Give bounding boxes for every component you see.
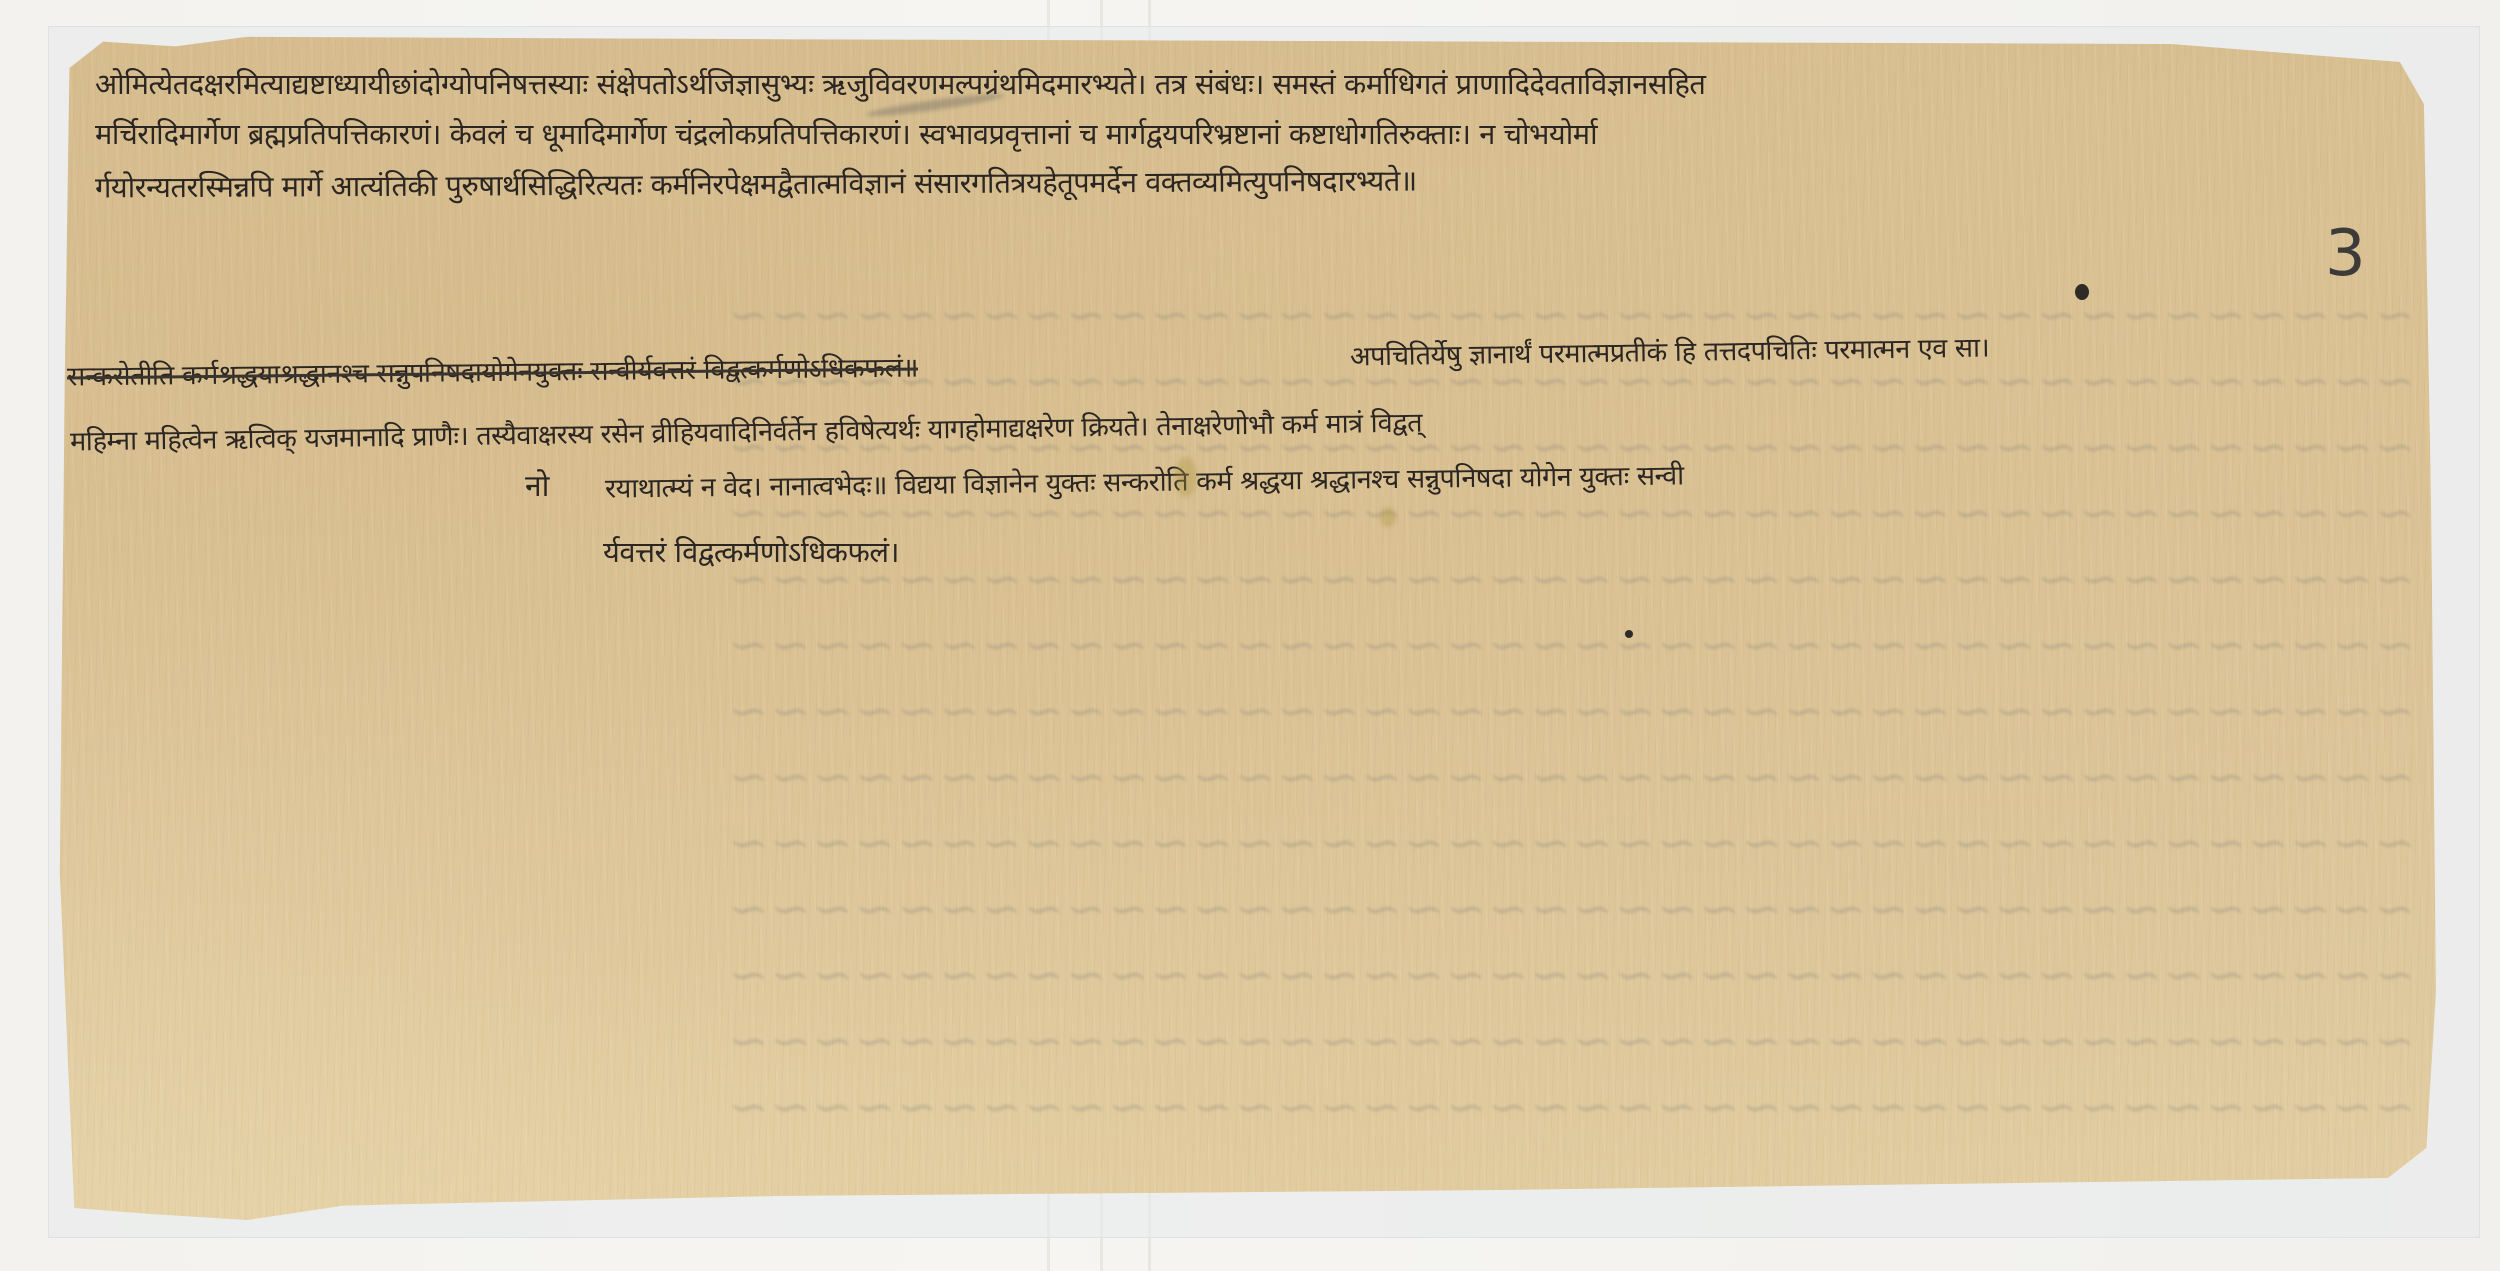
show-through-line: ~~~~~~~~~~~~~~~~~~~~~~~~~~~~~~~~~~~~~~~~ [315,678,2415,744]
manuscript-line-2: मर्चिरादिमार्गेण ब्रह्मप्रतिपत्तिकारणं। … [95,114,1597,153]
show-through-line: ~~~~~~~~~~~~~~~~~~~~~~~~~~~~~~~~~~~~~~~~ [315,942,2415,1008]
show-through-line: ~~~~~~~~~~~~~~~~~~~~~~~~~~~~~~~~~~~~~~~~ [315,1074,2415,1140]
show-through-line: ~~~~~~~~~~~~~~~~~~~~~~~~~~~~~~~~~~~~~~~~ [315,612,2415,678]
folio-number: 3 [2325,217,2366,291]
paper-stain [1175,457,1197,497]
paper-stain [1380,507,1396,527]
ink-dot [1625,630,1633,638]
show-through-line: ~~~~~~~~~~~~~~~~~~~~~~~~~~~~~~~~~~~~~~~~ [315,876,2415,942]
interlinear-insertion-mark: नो [525,464,549,505]
manuscript-line-3: र्गयोरन्यतरस्मिन्नपि मार्गे आत्यंतिकी पु… [95,161,1417,207]
ink-dot [2075,284,2089,300]
show-through-line: ~~~~~~~~~~~~~~~~~~~~~~~~~~~~~~~~~~~~~~~~ [315,810,2415,876]
show-through-line: ~~~~~~~~~~~~~~~~~~~~~~~~~~~~~~~~~~~~~~~~ [315,1008,2415,1074]
manuscript-folio: ~~~~~~~~~~~~~~~~~~~~~~~~~~~~~~~~~~~~~~~~… [55,32,2460,1232]
manuscript-line-6: र्यवत्तरं विद्वत्कर्मणोऽधिकफलं। [603,532,899,571]
manuscript-line-1: ओमित्येतदक्षरमित्याद्यष्टाध्यायीछांदोग्य… [95,64,1705,103]
show-through-line: ~~~~~~~~~~~~~~~~~~~~~~~~~~~~~~~~~~~~~~~~ [315,744,2415,810]
